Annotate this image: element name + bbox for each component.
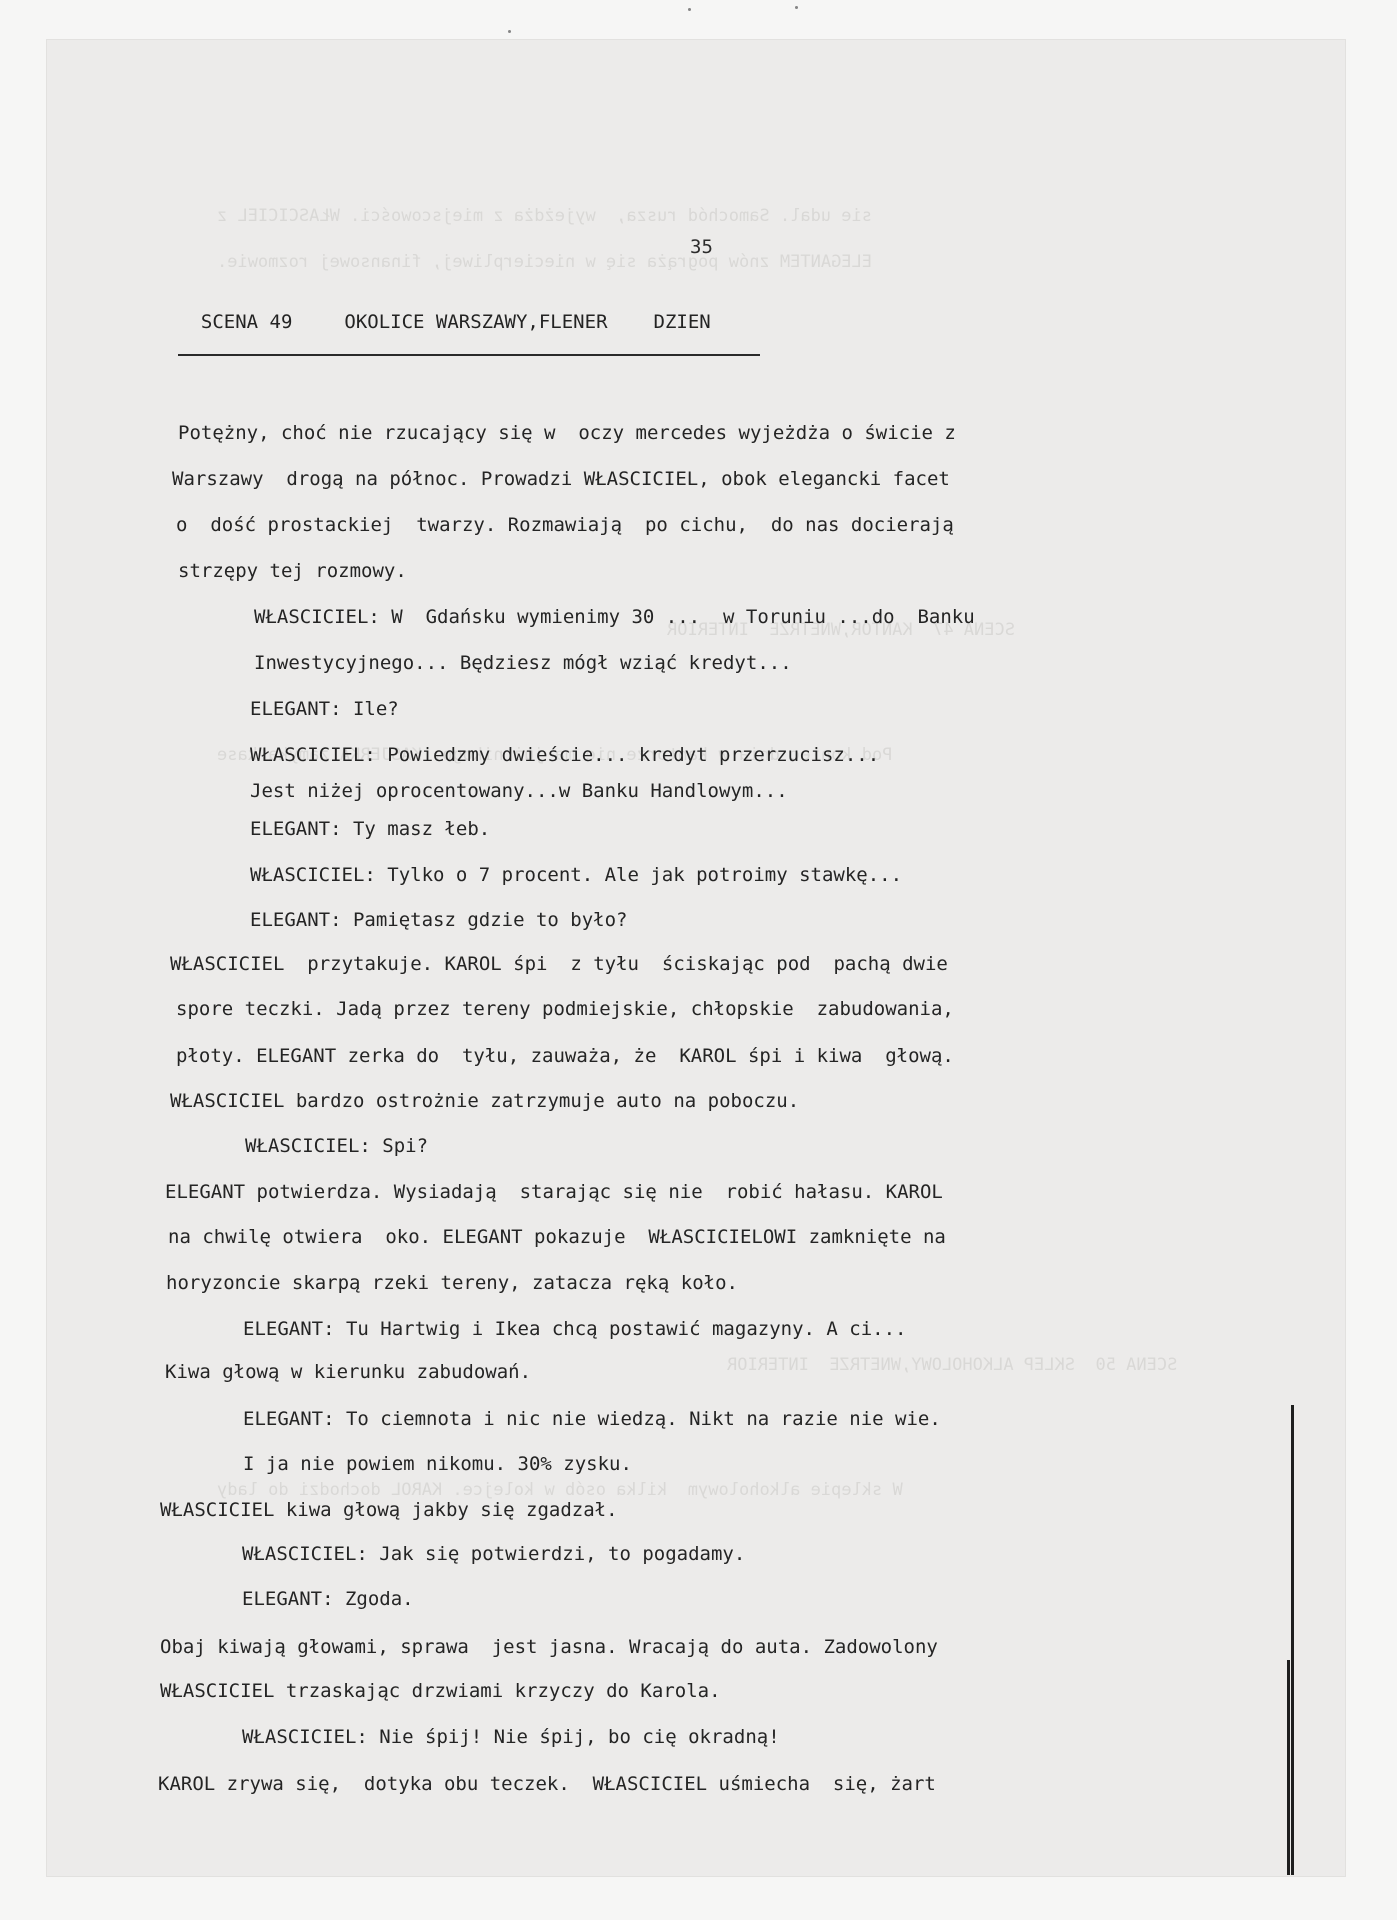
dialogue-line: Inwestycyjnego... Będziesz mógł wziąć kr… bbox=[254, 652, 792, 674]
scene-location: OKOLICE WARSZAWY,FLENER bbox=[344, 311, 607, 333]
action-line: Kiwa głową w kierunku zabudowań. bbox=[165, 1361, 531, 1383]
dialogue-line: WŁASCICIEL: Jak się potwierdzi, to pogad… bbox=[242, 1543, 745, 1565]
margin-bar bbox=[1291, 1405, 1294, 1875]
margin-bar bbox=[1287, 1660, 1290, 1875]
action-line: strzępy tej rozmowy. bbox=[178, 560, 407, 582]
action-line: płoty. ELEGANT zerka do tyłu, zauważa, ż… bbox=[176, 1045, 954, 1067]
action-line: Warszawy drogą na północ. Prowadzi WŁASC… bbox=[172, 468, 950, 490]
dialogue-line: ELEGANT: Pamiętasz gdzie to było? bbox=[250, 909, 628, 931]
dialogue-line: WŁASCICIEL: W Gdańsku wymienimy 30 ... w… bbox=[254, 606, 975, 628]
action-line: Potężny, choć nie rzucający się w oczy m… bbox=[178, 422, 956, 444]
scan-speck bbox=[688, 8, 691, 11]
action-line: horyzoncie skarpą rzeki tereny, zatacza … bbox=[166, 1272, 738, 1294]
dialogue-line: WŁASCICIEL: Nie śpij! Nie śpij, bo cię o… bbox=[242, 1726, 780, 1748]
scan-speck bbox=[795, 6, 798, 9]
dialogue-line: Jest niżej oprocentowany...w Banku Handl… bbox=[250, 780, 788, 802]
scene-heading-rule bbox=[178, 354, 760, 356]
dialogue-line: ELEGANT: Ty masz łeb. bbox=[250, 818, 490, 840]
dialogue-line: WŁASCICIEL: Spi? bbox=[245, 1135, 428, 1157]
scene-time: DZIEN bbox=[654, 311, 711, 333]
action-line: WŁASCICIEL trzaskając drzwiami krzyczy d… bbox=[160, 1680, 721, 1702]
scene-number: SCENA 49 bbox=[201, 311, 293, 333]
show-through-text: sie udal. Samochód rusza, wyjeżdża z mie… bbox=[217, 206, 872, 226]
show-through-text: SCENA 50 SKLEP ALKOHOLOWY,WNETRZE INTERI… bbox=[727, 1355, 1177, 1375]
action-line: ELEGANT potwierdza. Wysiadają starając s… bbox=[165, 1181, 943, 1203]
action-line: spore teczki. Jadą przez tereny podmiejs… bbox=[176, 998, 954, 1020]
dialogue-line: ELEGANT: Tu Hartwig i Ikea chcą postawić… bbox=[243, 1318, 906, 1340]
show-through-text: W sklepie alkoholowym kilka osób w kolej… bbox=[217, 1480, 903, 1500]
action-line: KAROL zrywa się, dotyka obu teczek. WŁAS… bbox=[158, 1773, 936, 1795]
action-line: WŁASCICIEL kiwa głową jakby się zgadzał. bbox=[160, 1499, 618, 1521]
action-line: Obaj kiwają głowami, sprawa jest jasna. … bbox=[160, 1636, 938, 1658]
action-line: WŁASCICIEL przytakuje. KAROL śpi z tyłu … bbox=[170, 953, 948, 975]
scan-speck bbox=[508, 30, 511, 33]
dialogue-line: WŁASCICIEL: Powiedzmy dwieście... kredyt… bbox=[250, 744, 879, 766]
action-line: o dość prostackiej twarzy. Rozmawiają po… bbox=[176, 514, 954, 536]
dialogue-line: WŁASCICIEL: Tylko o 7 procent. Ale jak p… bbox=[250, 864, 902, 886]
dialogue-line: I ja nie powiem nikomu. 30% zysku. bbox=[243, 1453, 632, 1475]
dialogue-line: ELEGANT: To ciemnota i nic nie wiedzą. N… bbox=[243, 1408, 941, 1430]
dialogue-line: ELEGANT: Ile? bbox=[250, 698, 399, 720]
page-number: 35 bbox=[690, 236, 713, 258]
action-line: WŁASCICIEL bardzo ostrożnie zatrzymuje a… bbox=[170, 1090, 799, 1112]
scene-heading: SCENA 49OKOLICE WARSZAWY,FLENERDZIEN bbox=[178, 289, 711, 333]
show-through-text: ELEGANTEM znów pogrąża się w niecierpliw… bbox=[217, 252, 872, 272]
action-line: na chwilę otwiera oko. ELEGANT pokazuje … bbox=[168, 1226, 946, 1248]
dialogue-line: ELEGANT: Zgoda. bbox=[242, 1588, 414, 1610]
